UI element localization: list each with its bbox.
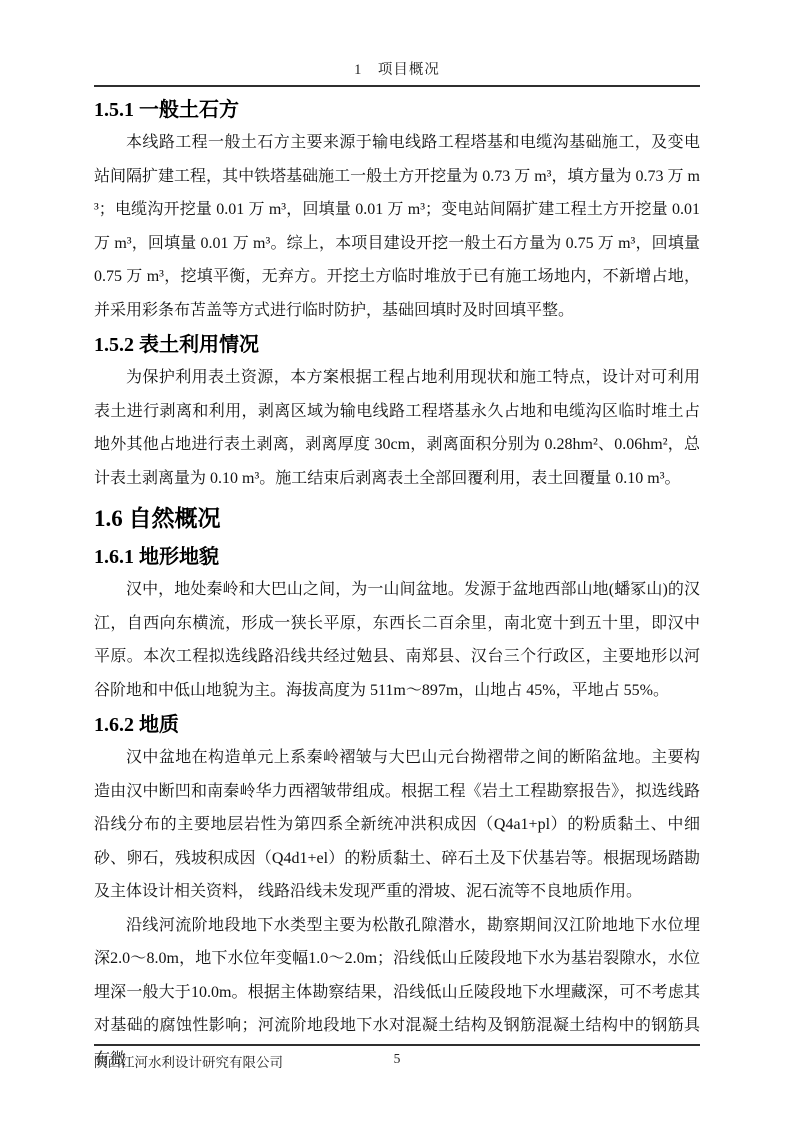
paragraph: 为保护利用表土资源，本方案根据工程占地利用现状和施工特点，设计对可利用表土进行剥… (94, 361, 700, 495)
section-heading-1-6: 1.6 自然概况 (94, 499, 700, 539)
section-heading-1-6-1: 1.6.1 地形地貌 (94, 541, 700, 573)
paragraph: 汉中，地处秦岭和大巴山之间，为一山间盆地。发源于盆地西部山地(蟠冢山)的汉江，自… (94, 573, 700, 707)
section-heading-1-5-1: 1.5.1 一般土石方 (94, 94, 700, 126)
header-chapter-title: 1 项目概况 (354, 62, 440, 78)
page-footer: 陕西江河水利设计研究有限公司 5 (94, 1044, 700, 1081)
footer-page-number: 5 (94, 1051, 700, 1067)
document-page: 1 项目概况 1.5.1 一般土石方本线路工程一般土石方主要来源于输电线路工程塔… (0, 0, 793, 1122)
paragraph: 本线路工程一般土石方主要来源于输电线路工程塔基和电缆沟基础施工，及变电站间隔扩建… (94, 126, 700, 327)
document-body: 1.5.1 一般土石方本线路工程一般土石方主要来源于输电线路工程塔基和电缆沟基础… (94, 92, 700, 1076)
section-heading-1-5-2: 1.5.2 表土利用情况 (94, 329, 700, 361)
section-heading-1-6-2: 1.6.2 地质 (94, 709, 700, 741)
page-header: 1 项目概况 (94, 0, 700, 87)
paragraph: 汉中盆地在构造单元上系秦岭褶皱与大巴山元台拗褶带之间的断陷盆地。主要构造由汉中断… (94, 741, 700, 909)
